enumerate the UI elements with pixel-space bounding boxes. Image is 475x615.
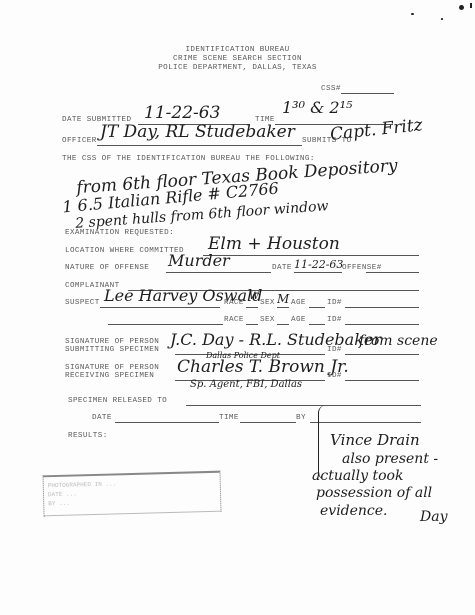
sex2-field[interactable] bbox=[277, 324, 289, 325]
annotation-line-5: evidence. bbox=[320, 504, 388, 518]
signature-receiving-id-field[interactable] bbox=[345, 380, 419, 381]
officer-value: JT Day, RL Studebaker bbox=[100, 124, 295, 141]
signature-submitting-id-field[interactable] bbox=[345, 354, 419, 355]
date-submitted-value: 11-22-63 bbox=[144, 105, 220, 122]
race-field[interactable] bbox=[246, 307, 258, 308]
race2-field[interactable] bbox=[246, 324, 258, 325]
signature-submitting-id-label: ID# bbox=[327, 347, 342, 355]
time-value: 1³⁰ & 2¹⁵ bbox=[282, 100, 352, 116]
annotation-line-4: possession of all bbox=[316, 486, 432, 500]
annotation-initials: Day bbox=[420, 510, 447, 524]
released-date-label: DATE bbox=[92, 415, 112, 423]
age2-field[interactable] bbox=[309, 324, 325, 325]
nature-of-offense-value: Murder bbox=[168, 253, 230, 269]
nature-of-offense-label: NATURE OF OFFENSE bbox=[65, 265, 149, 273]
annotation-line-2: also present - bbox=[342, 452, 438, 466]
id-field[interactable] bbox=[345, 307, 419, 308]
submits-to-value: Capt. Fritz bbox=[329, 117, 423, 144]
officer-label: OFFICER bbox=[62, 138, 97, 146]
scan-speck bbox=[411, 13, 414, 15]
header-line-1: IDENTIFICATION BUREAU bbox=[0, 47, 475, 55]
second-suspect-field[interactable] bbox=[108, 324, 223, 325]
id2-label: ID# bbox=[327, 317, 342, 325]
id2-field[interactable] bbox=[345, 324, 419, 325]
offense-number-field[interactable] bbox=[366, 272, 419, 273]
age2-label: AGE bbox=[291, 317, 306, 325]
examination-requested-label: EXAMINATION REQUESTED: bbox=[65, 230, 174, 238]
released-time-field[interactable] bbox=[240, 422, 296, 423]
released-date-field[interactable] bbox=[115, 422, 219, 423]
css-number-field[interactable] bbox=[341, 93, 394, 94]
css-number-label: CSS# bbox=[321, 86, 341, 94]
stamp-line-3: BY ... bbox=[48, 500, 70, 508]
race-value: W bbox=[249, 292, 259, 302]
scan-speck bbox=[441, 18, 443, 20]
signature-receiving-id-label: ID# bbox=[327, 373, 342, 381]
photographed-stamp: PHOTOGRAPHED IN ... DATE ... BY ... bbox=[42, 471, 221, 517]
signature-submitting-value: J.C. Day - R.L. Studebaker bbox=[170, 332, 381, 348]
race2-label: RACE bbox=[224, 317, 244, 325]
sex-value: M bbox=[277, 293, 289, 305]
specimen-released-label: SPECIMEN RELEASED TO bbox=[68, 398, 167, 406]
signature-receiving-label-2: RECEIVING SPECIMEN bbox=[65, 373, 154, 381]
age-label: AGE bbox=[291, 300, 306, 308]
results-label: RESULTS: bbox=[68, 433, 108, 441]
suspect-field[interactable] bbox=[100, 307, 220, 308]
officer-field[interactable] bbox=[97, 145, 302, 146]
css-following-label: THE CSS OF THE IDENTIFICATION BUREAU THE… bbox=[62, 156, 315, 164]
stamp-line-1: PHOTOGRAPHED IN ... bbox=[48, 480, 117, 489]
released-by-label: BY bbox=[296, 415, 306, 423]
offense-date-value: 11-22-63 bbox=[294, 259, 343, 270]
specimen-released-field[interactable] bbox=[186, 405, 421, 406]
scan-speck bbox=[470, 3, 472, 8]
scan-speck bbox=[459, 5, 464, 10]
offense-date-label: DATE bbox=[272, 265, 292, 273]
annotation-line-1: Vince Drain bbox=[330, 433, 420, 448]
evidence-form-page: IDENTIFICATION BUREAU CRIME SCENE SEARCH… bbox=[0, 0, 475, 615]
signature-receiving-title: Sp. Agent, FBI, Dallas bbox=[190, 380, 302, 390]
stamp-line-2: DATE ... bbox=[48, 490, 77, 498]
sex-label: SEX bbox=[260, 300, 275, 308]
header-line-2: CRIME SCENE SEARCH SECTION bbox=[0, 56, 475, 64]
sex-field[interactable] bbox=[277, 307, 289, 308]
suspect-label: SUSPECT bbox=[65, 300, 100, 308]
id-label: ID# bbox=[327, 300, 342, 308]
annotation-line-3: actually took bbox=[312, 469, 403, 483]
sex2-label: SEX bbox=[260, 317, 275, 325]
released-time-label: TIME bbox=[219, 415, 239, 423]
header-line-3: POLICE DEPARTMENT, DALLAS, TEXAS bbox=[0, 65, 475, 73]
location-label: LOCATION WHERE COMMITTED bbox=[65, 248, 184, 256]
signature-submitting-label-2: SUBMITTING SPECIMEN bbox=[65, 347, 159, 355]
signature-submitting-note: from scene bbox=[359, 334, 438, 348]
nature-of-offense-field[interactable] bbox=[166, 272, 271, 273]
age-field[interactable] bbox=[309, 307, 325, 308]
signature-receiving-value: Charles T. Brown Jr. bbox=[177, 359, 349, 376]
location-field[interactable] bbox=[203, 255, 419, 256]
offense-date-field[interactable] bbox=[294, 272, 342, 273]
race-label: RACE bbox=[224, 300, 244, 308]
